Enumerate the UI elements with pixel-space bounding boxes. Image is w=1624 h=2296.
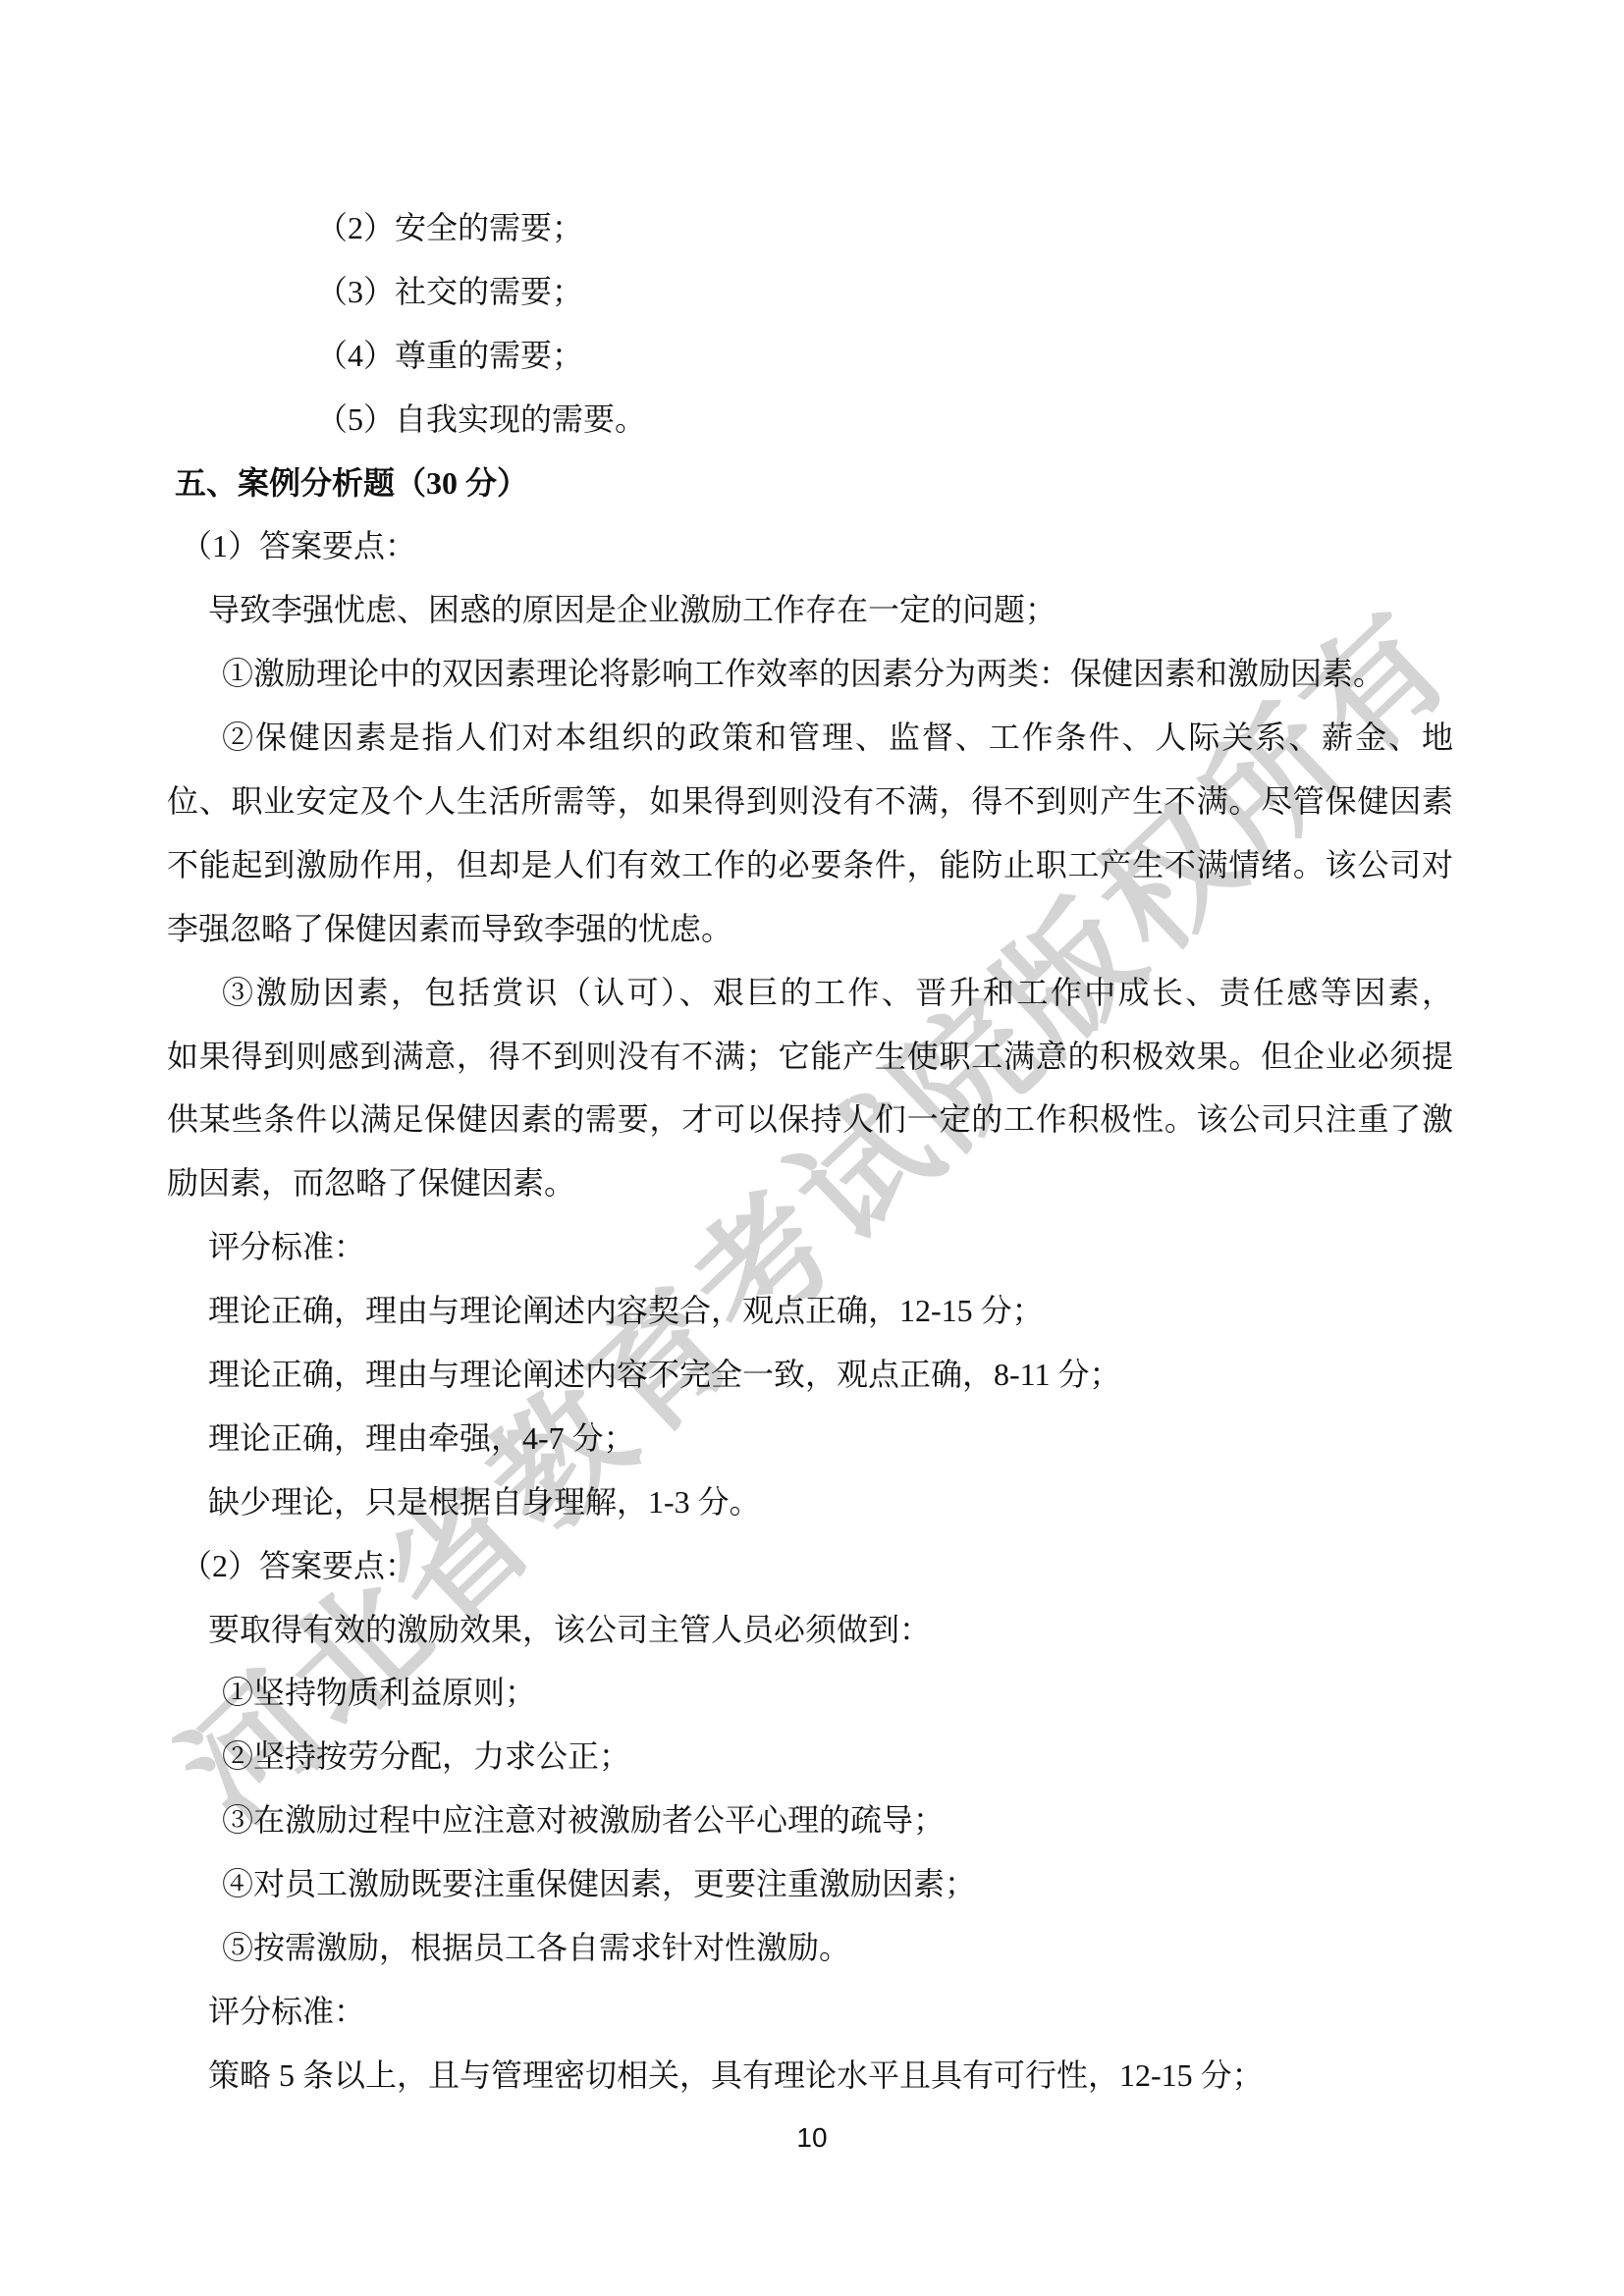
doc-line-24: ①坚持物质利益原则； (167, 1661, 1453, 1725)
doc-line-1: （2）安全的需要； (167, 196, 1453, 260)
doc-line-28: ⑤按需激励，根据员工各自需求针对性激励。 (167, 1916, 1453, 1980)
doc-line-25: ②坚持按劳分配，力求公正； (167, 1725, 1453, 1789)
doc-line-30: 策略 5 条以上，且与管理密切相关，具有理论水平且具有可行性，12-15 分； (167, 2044, 1453, 2108)
doc-line-17: 评分标准： (167, 1215, 1453, 1279)
doc-line-6: （1）答案要点： (167, 514, 1453, 578)
doc-line-3: （4）尊重的需要； (167, 324, 1453, 388)
doc-line-11: 不能起到激励作用，但却是人们有效工作的必要条件，能防止职工产生不满情绪。该公司对 (167, 833, 1453, 897)
doc-line-23: 要取得有效的激励效果，该公司主管人员必须做到： (167, 1598, 1453, 1662)
doc-line-13: ③激励因素，包括赏识（认可）、艰巨的工作、晋升和工作中成长、责任感等因素， (167, 961, 1453, 1025)
doc-line-12: 李强忽略了保健因素而导致李强的忧虑。 (167, 897, 1453, 961)
doc-line-16: 励因素，而忽略了保健因素。 (167, 1151, 1453, 1215)
doc-line-20: 理论正确，理由牵强，4-7 分； (167, 1407, 1453, 1470)
page-footer: 10 (0, 2122, 1624, 2154)
doc-line-15: 供某些条件以满足保健因素的需要，才可以保持人们一定的工作积极性。该公司只注重了激 (167, 1088, 1453, 1151)
doc-line-7: 导致李强忧虑、困惑的原因是企业激励工作存在一定的问题； (167, 578, 1453, 642)
doc-line-10: 位、职业安定及个人生活所需等，如果得到则没有不满，得不到则产生不满。尽管保健因素 (167, 770, 1453, 833)
doc-line-29: 评分标准： (167, 1980, 1453, 2044)
doc-line-8: ①激励理论中的双因素理论将影响工作效率的因素分为两类：保健因素和激励因素。 (167, 642, 1453, 706)
doc-line-22: （2）答案要点： (167, 1534, 1453, 1598)
doc-line-19: 理论正确，理由与理论阐述内容不完全一致，观点正确，8-11 分； (167, 1343, 1453, 1407)
page-number: 10 (796, 2122, 827, 2153)
doc-line-27: ④对员工激励既要注重保健因素，更要注重激励因素； (167, 1852, 1453, 1916)
document-content: （2）安全的需要；（3）社交的需要；（4）尊重的需要；（5）自我实现的需要。五、… (167, 196, 1453, 2108)
doc-line-26: ③在激励过程中应注意对被激励者公平心理的疏导； (167, 1789, 1453, 1852)
doc-line-21: 缺少理论，只是根据自身理解，1-3 分。 (167, 1470, 1453, 1534)
doc-line-9: ②保健因素是指人们对本组织的政策和管理、监督、工作条件、人际关系、薪金、地 (167, 706, 1453, 770)
doc-line-14: 如果得到则感到满意，得不到则没有不满；它能产生使职工满意的积极效果。但企业必须提 (167, 1025, 1453, 1089)
doc-line-2: （3）社交的需要； (167, 260, 1453, 324)
document-page: 河北省教育考试院版权所有 （2）安全的需要；（3）社交的需要；（4）尊重的需要；… (0, 0, 1624, 2296)
doc-line-5: 五、案例分析题（30 分） (167, 452, 1453, 515)
doc-line-4: （5）自我实现的需要。 (167, 388, 1453, 452)
doc-line-18: 理论正确，理由与理论阐述内容契合，观点正确，12-15 分； (167, 1279, 1453, 1343)
